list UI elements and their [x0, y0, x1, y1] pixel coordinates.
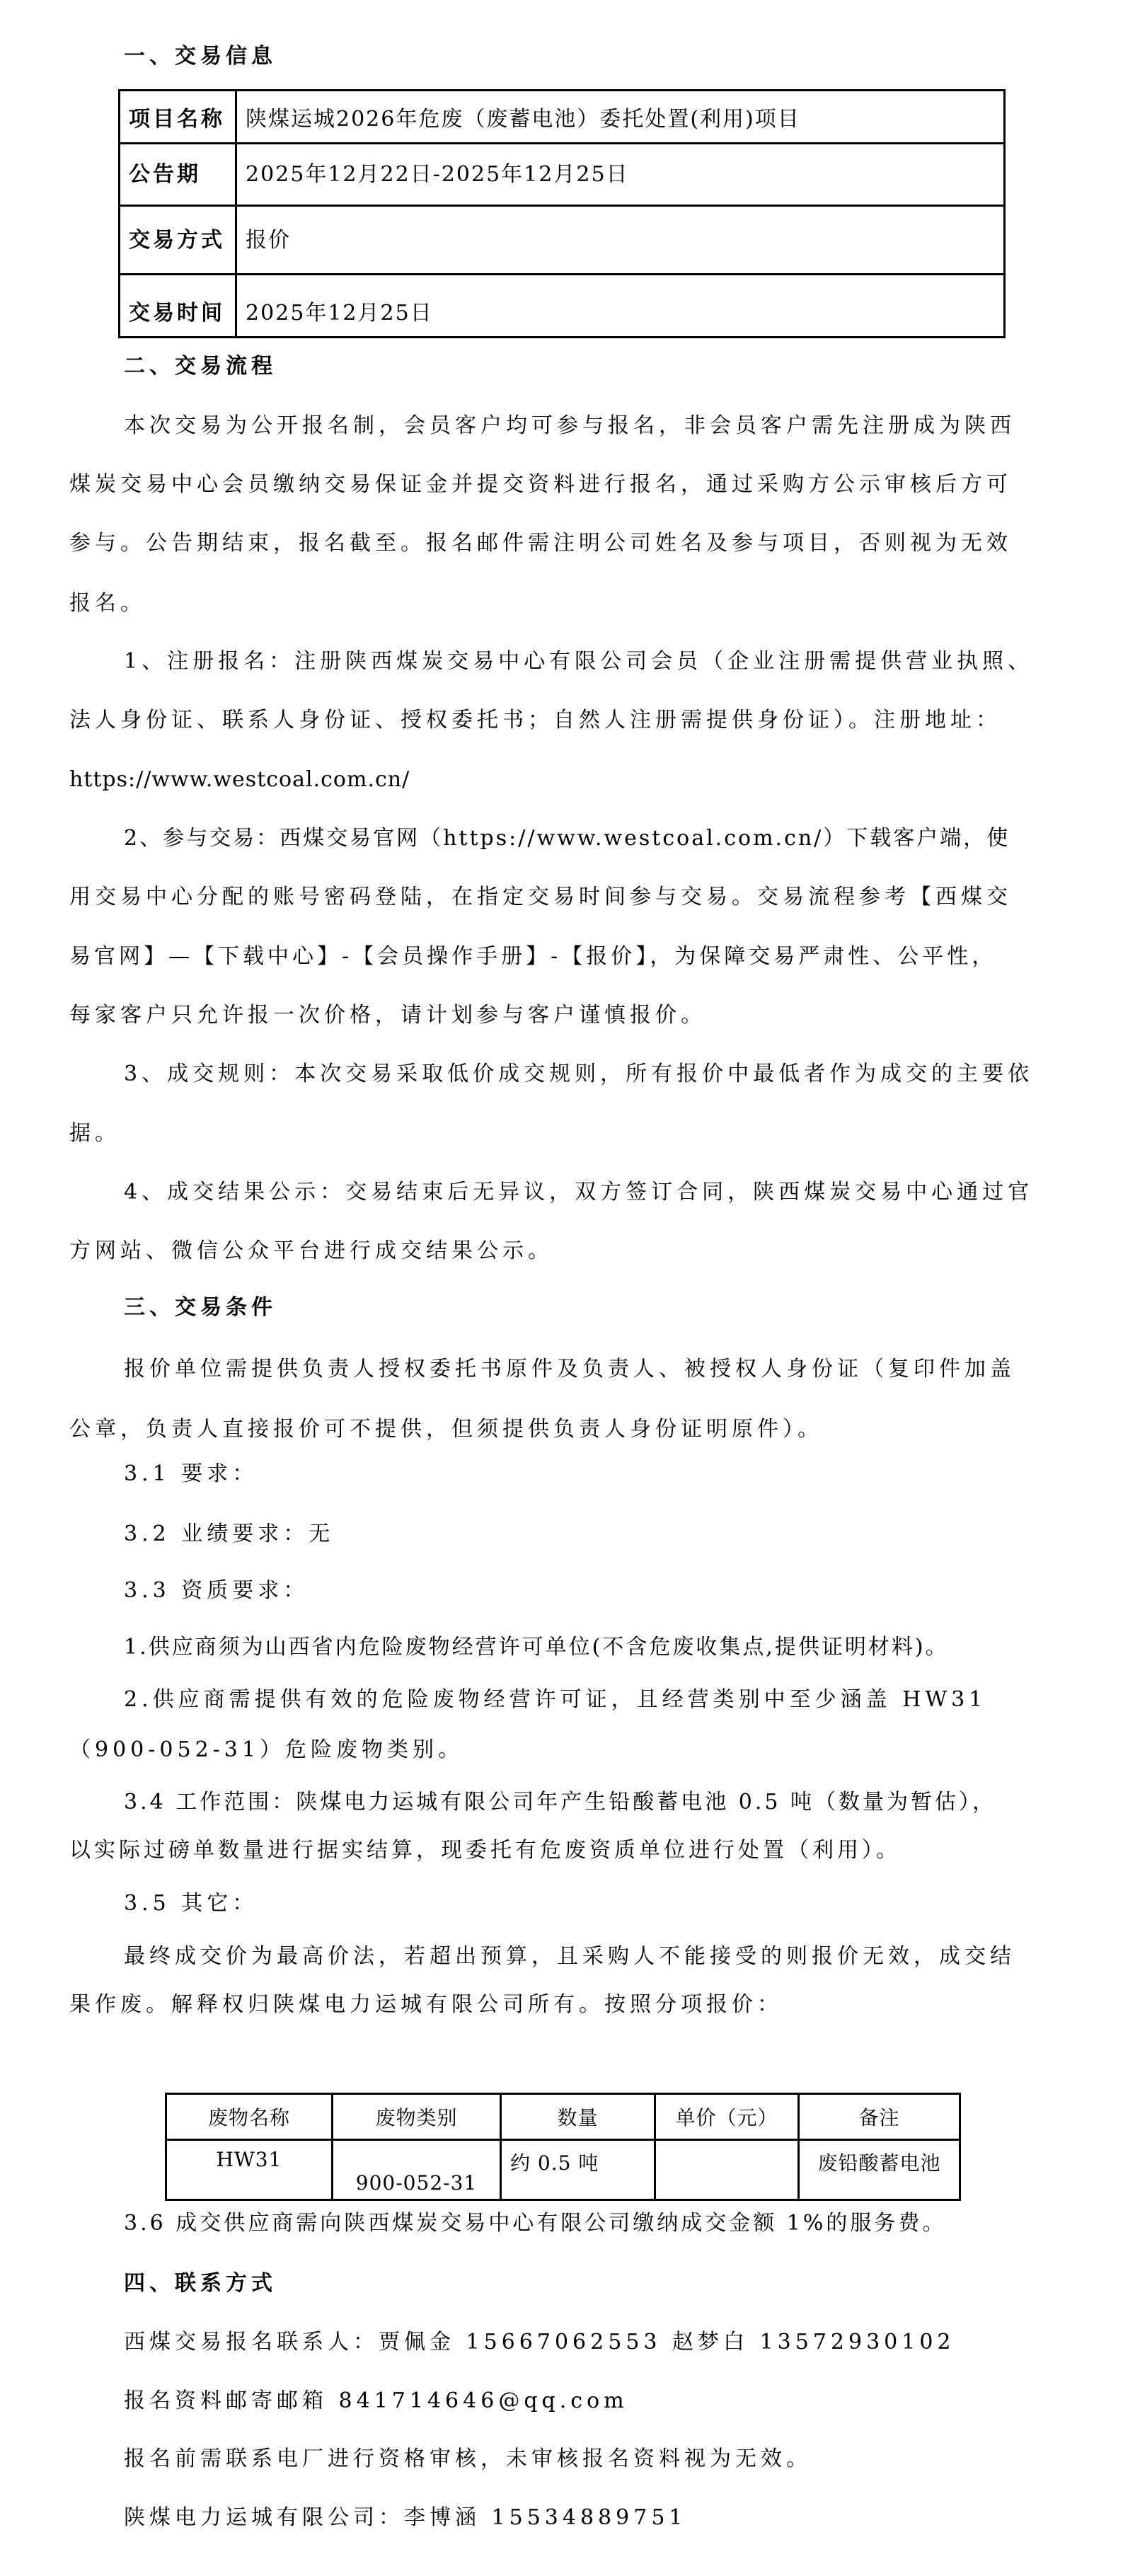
info-label: 公告期: [120, 144, 236, 206]
waste-pricing-table: 废物名称 废物类别 数量 单价（元） 备注 HW31 900-052-31 约 …: [165, 2093, 961, 2201]
qualification-2-line: 2.供应商需提供有效的危险废物经营许可证，且经营类别中至少涵盖 HW31: [124, 1686, 986, 1714]
section-heading-contact: 四、联系方式: [124, 2270, 277, 2298]
process-intro-line: 报名。: [69, 590, 146, 618]
qualification-1: 1.供应商须为山西省内危险废物经营许可单位(不含危废收集点,提供证明材料)。: [124, 1633, 949, 1662]
section-heading-trade-conditions: 三、交易条件: [124, 1294, 277, 1322]
section-heading-trade-info: 一、交易信息: [124, 42, 277, 71]
step-register-line: 法人身份证、联系人身份证、授权委托书；自然人注册需提供身份证）。注册地址：: [69, 706, 1001, 735]
col-header-remarks: 备注: [799, 2094, 960, 2140]
step-participate-line: 用交易中心分配的账号密码登陆，在指定交易时间参与交易。交易流程参考【西煤交: [69, 883, 1012, 912]
contact-email-line: 报名资料邮寄邮箱 841714646@qq.com: [124, 2387, 628, 2415]
info-value: 报价: [236, 206, 1005, 275]
condition-3-5: 3.5 其它：: [124, 1890, 258, 1918]
info-label: 交易方式: [120, 206, 236, 275]
condition-3-1: 3.1 要求：: [124, 1460, 258, 1488]
conditions-intro-line: 公章，负责人直接报价可不提供，但须提供负责人身份证明原件）。: [69, 1415, 823, 1444]
register-url-link[interactable]: https://www.westcoal.com.cn/: [69, 766, 410, 794]
info-value: 陕煤运城2026年危废（废蓄电池）委托处置(利用)项目: [236, 91, 1005, 144]
cell-unit-price[interactable]: [655, 2140, 799, 2200]
col-header-waste-name: 废物名称: [166, 2094, 333, 2140]
process-intro-line: 参与。公告期结束，报名截至。报名邮件需注明公司姓名及参与项目，否则视为无效: [69, 529, 1012, 558]
step-rule-line: 3、成交规则：本次交易采取低价成交规则，所有报价中最低者作为成交的主要依: [124, 1060, 1033, 1088]
condition-3-5-line: 最终成交价为最高价法，若超出预算，且采购人不能接受的则报价无效，成交结: [124, 1943, 1015, 1971]
info-label: 项目名称: [120, 91, 236, 144]
waste-table-header-row: 废物名称 废物类别 数量 单价（元） 备注: [166, 2094, 960, 2140]
condition-3-5-line: 果作废。解释权归陕煤电力运城有限公司所有。按照分项报价：: [69, 1991, 783, 2019]
condition-3-6: 3.6 成交供应商需向陕西煤炭交易中心有限公司缴纳成交金额 1%的服务费。: [124, 2209, 946, 2238]
condition-3-3: 3.3 资质要求：: [124, 1577, 309, 1605]
step-rule-line: 据。: [69, 1120, 120, 1148]
contact-registration-line: 西煤交易报名联系人：贾佩金 15667062553 赵梦白 1357293010…: [124, 2328, 955, 2357]
contact-notice-line: 报名前需联系电厂进行资格审核，未审核报名资料视为无效。: [124, 2445, 812, 2473]
info-row-trade-time: 交易时间 2025年12月25日: [120, 275, 1005, 338]
condition-3-2: 3.2 业绩要求：无: [124, 1520, 334, 1548]
info-label: 交易时间: [120, 275, 236, 338]
process-intro-line: 本次交易为公开报名制，会员客户均可参与报名，非会员客户需先注册成为陕西: [124, 412, 1015, 440]
trade-info-table: 项目名称 陕煤运城2026年危废（废蓄电池）委托处置(利用)项目 公告期 202…: [118, 89, 1006, 338]
condition-3-4-line: 以实际过磅单数量进行据实结算，现委托有危废资质单位进行处置（利用）。: [69, 1836, 901, 1865]
info-row-announcement-period: 公告期 2025年12月22日-2025年12月25日: [120, 144, 1005, 206]
conditions-intro-line: 报价单位需提供负责人授权委托书原件及负责人、被授权人身份证（复印件加盖: [124, 1355, 1015, 1384]
step-result-line: 4、成交结果公示：交易结束后无异议，双方签订合同，陕西煤炭交易中心通过官: [124, 1178, 1033, 1207]
condition-3-4-line: 3.4 工作范围：陕煤电力运城有限公司年产生铅酸蓄电池 0.5 吨（数量为暂估）…: [124, 1788, 996, 1817]
contact-company-line: 陕煤电力运城有限公司：李博涵 15534889751: [124, 2504, 687, 2532]
cell-remarks: 废铅酸蓄电池: [799, 2140, 960, 2200]
col-header-unit-price: 单价（元）: [655, 2094, 799, 2140]
table-row: HW31 900-052-31 约 0.5 吨 废铅酸蓄电池: [166, 2140, 960, 2200]
section-heading-trade-process: 二、交易流程: [124, 352, 277, 381]
info-value: 2025年12月22日-2025年12月25日: [236, 144, 1005, 206]
step-participate-line: 易官网】—【下载中心】-【会员操作手册】-【报价】，为保障交易严肃性、公平性，: [69, 943, 996, 971]
process-intro-line: 煤炭交易中心会员缴纳交易保证金并提交资料进行报名，通过采购方公示审核后方可: [69, 471, 1012, 499]
step-result-line: 方网站、微信公众平台进行成交结果公示。: [69, 1237, 553, 1265]
step-participate-line: 2、参与交易：西煤交易官网（https://www.westcoal.com.c…: [124, 824, 1010, 853]
step-participate-line: 每家客户只允许报一次价格，请计划参与客户谨慎报价。: [69, 1001, 706, 1030]
col-header-quantity: 数量: [501, 2094, 655, 2140]
step-register-line: 1、注册报名：注册陕西煤炭交易中心有限公司会员（企业注册需提供营业执照、: [124, 648, 1033, 676]
cell-waste-category: 900-052-31: [333, 2140, 501, 2200]
info-value: 2025年12月25日: [236, 275, 1005, 338]
qualification-2-line: （900-052-31）危险废物类别。: [69, 1736, 463, 1764]
cell-quantity: 约 0.5 吨: [501, 2140, 655, 2200]
info-row-project-name: 项目名称 陕煤运城2026年危废（废蓄电池）委托处置(利用)项目: [120, 91, 1005, 144]
cell-waste-name: HW31: [166, 2140, 333, 2200]
info-row-trade-method: 交易方式 报价: [120, 206, 1005, 275]
col-header-waste-category: 废物类别: [333, 2094, 501, 2140]
